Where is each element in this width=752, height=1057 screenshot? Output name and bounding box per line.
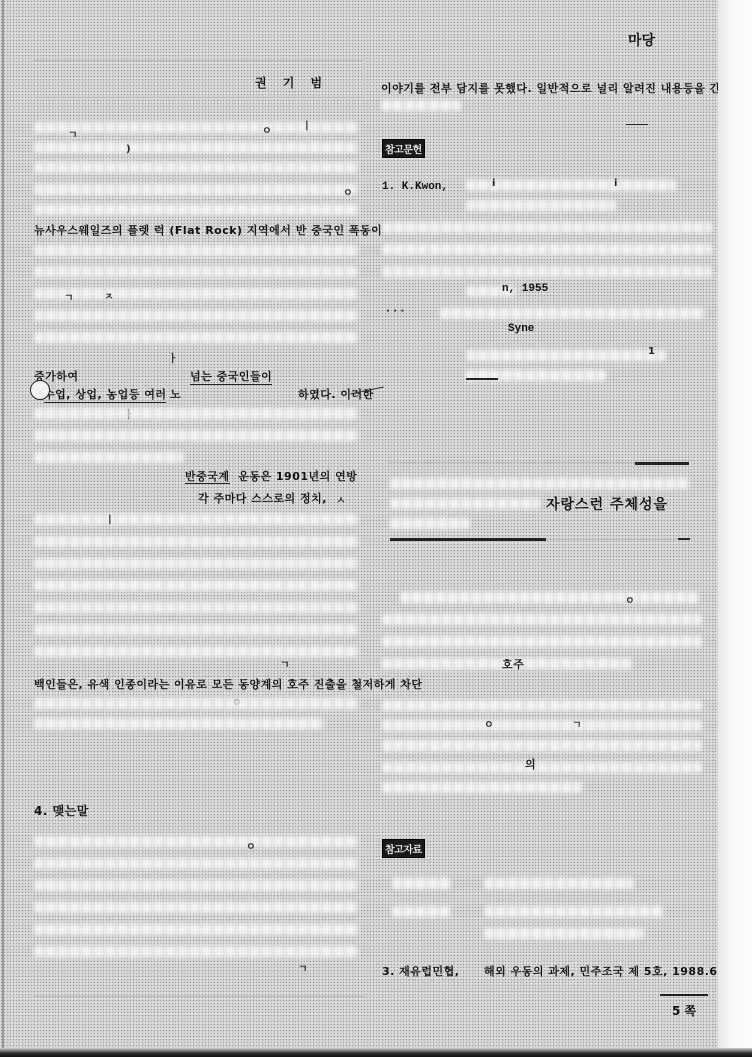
redacted-line [34,514,359,525]
redacted-line [34,624,359,635]
word-of: 의 [525,756,536,772]
redacted-line [34,162,359,173]
text-line-states: 각 주마다 스스로의 정치, [198,490,327,506]
redacted-line [400,592,700,603]
redacted-line [34,184,359,195]
redacted-line [34,310,359,321]
redacted-line [382,762,702,773]
redacted-line [390,478,690,489]
text-line-chinese: 넘는 중국인들이 [190,368,272,385]
text-line-top-right: 이야기를 전부 담지를 못했다. 일반적으로 널리 알려진 내용등을 간략하게 [381,80,752,96]
references-label: 참고문헌 [382,138,425,158]
redacted-line [382,700,702,711]
word-australia: 호주 [502,656,524,672]
redacted-line [34,452,184,463]
redacted-line [34,924,359,935]
redacted-line [382,636,702,647]
redacted-line [440,308,705,319]
redacted-line [382,740,702,751]
section-title: 마당 [628,30,655,50]
page-edge-rule [2,0,4,1048]
redacted-line [382,614,702,625]
text-line-jobs: 수업, 상업, 농업등 여러 [44,386,166,403]
redacted-line [34,880,359,891]
redacted-line [390,518,470,529]
callout-top-bar [635,462,689,465]
text-line-whites: 백인들은, 유색 인종이라는 이유로 모든 동양계의 호주 진출을 철저하게 차… [34,676,423,692]
redacted-line [382,720,702,731]
redacted-line [34,946,359,957]
redacted-line [484,878,634,889]
page-number: 5 쪽 [672,1002,696,1019]
scan-margin [718,0,752,1057]
redacted-line [34,408,359,419]
text-line-flatrock: 뉴사우스웨일즈의 플렛 럭 (Flat Rock) 지역에서 반 중국인 폭동이 [34,222,382,238]
callout-bottom-bar [390,538,546,541]
redacted-line [34,288,359,299]
redacted-line [382,782,582,793]
redacted-line [34,718,324,729]
column-bottom-rule [34,996,364,997]
redacted-line [34,142,359,153]
redacted-line [484,906,664,917]
reference-1-year: n, 1955 [502,283,548,295]
footer-rule [380,991,710,992]
redacted-line [466,350,666,361]
text-line-movement: 반중국계 운동은 1901년의 연방 [185,468,357,484]
redacted-line [34,558,359,569]
section-heading-conclusion: 4. 맺는말 [34,802,89,819]
redacted-line [392,878,452,889]
redacted-line [381,100,461,111]
redacted-line [466,180,676,191]
scanned-page: 권 기 범 마당 ㄱ ㅇ | ) ㅇ 뉴사우스웨일즈의 플렛 럭 (Flat R… [0,0,718,1048]
redacted-line [34,266,359,277]
redacted-line [34,536,359,547]
redacted-line [34,245,359,256]
author-name: 권 기 범 [255,74,328,91]
reference-3-author: 3. 재유럽민협, [382,963,459,979]
redacted-line [466,200,616,211]
redacted-line [34,902,359,913]
redacted-line [34,836,359,847]
references-label-2: 참고자료 [382,838,425,858]
hand-drawn-circle-mark [30,380,50,400]
redacted-line [34,332,359,343]
footer-bar [660,994,708,996]
redacted-line [390,498,540,509]
redacted-line [484,928,644,939]
redacted-line [34,430,359,441]
redacted-line [34,204,359,215]
redacted-line [34,122,359,133]
redacted-line [34,602,359,613]
redacted-line [34,646,359,657]
reference-1-author: 1. K.Kwon, [382,181,448,193]
redacted-line [382,244,712,255]
reference-1-name: Syne [508,323,534,335]
redacted-line [34,580,359,591]
redacted-line [34,698,359,709]
scan-bottom-edge [0,1048,752,1057]
text-line-jobs-end: 하였다. 이러한 [298,386,374,402]
redacted-line [382,222,712,233]
callout-highlight-phrase: 자랑스런 주체성을 [546,494,668,514]
redacted-line [34,858,359,869]
redacted-line [392,906,452,917]
redacted-line [382,266,712,277]
reference-3-detail: 해외 우동의 과제, 민주조국 제 5호, 1988.6. [484,963,722,979]
